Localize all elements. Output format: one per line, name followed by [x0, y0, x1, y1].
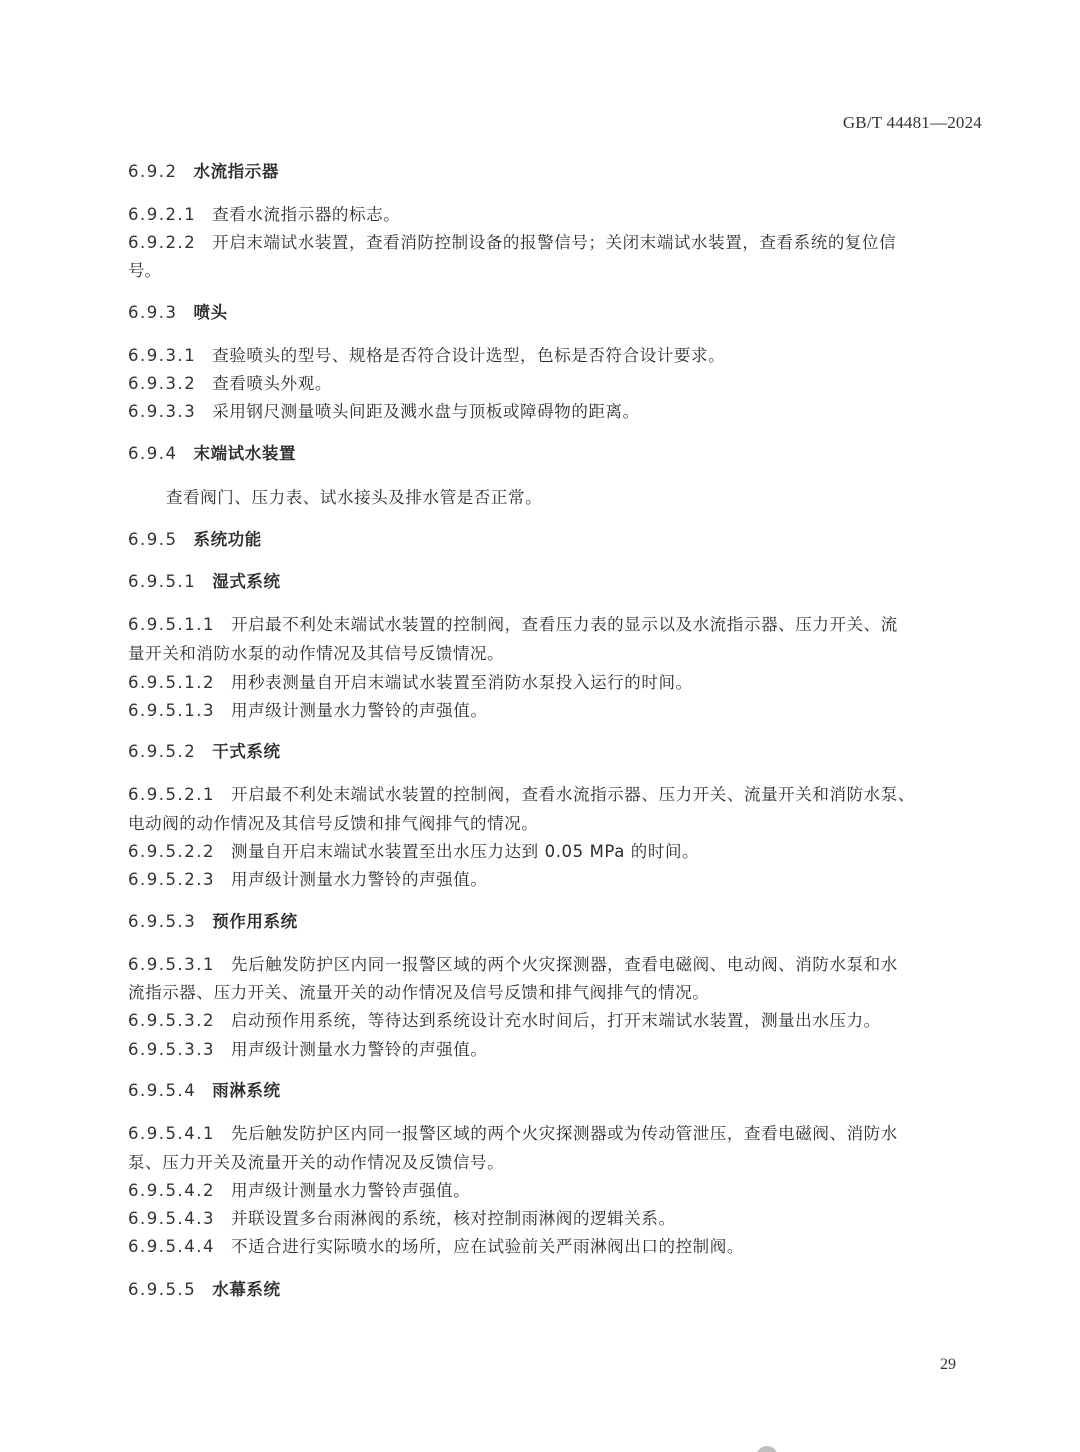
section-heading-6-9-5-5: 6.9.5.5水幕系统 [128, 1276, 281, 1304]
clause-number: 6.9.3.3 [128, 398, 196, 426]
clause-number: 6.9.5.1.3 [128, 697, 215, 725]
clause-6-9-5-3-2: 6.9.5.3.2启动预作用系统，等待达到系统设计充水时间后，打开末端试水装置，… [128, 1007, 881, 1035]
clause-6-9-3-3: 6.9.3.3采用钢尺测量喷头间距及溅水盘与顶板或障碍物的距离。 [128, 398, 640, 426]
clause-text: 不适合进行实际喷水的场所，应在试验前关严雨淋阀出口的控制阀。 [231, 1237, 744, 1256]
clause-text: 用声级计测量水力警铃的声强值。 [231, 870, 488, 889]
clause-text: 先后触发防护区内同一报警区域的两个火灾探测器，查看电磁阀、电动阀、消防水泵和水 [231, 955, 898, 974]
clause-text: 启动预作用系统，等待达到系统设计充水时间后，打开末端试水装置，测量出水压力。 [231, 1011, 881, 1030]
clause-text: 测量自开启末端试水装置至出水压力达到 0.05 MPa 的时间。 [231, 842, 699, 861]
clause-number: 6.9.5.1.1 [128, 611, 215, 639]
clause-6-9-5-3-1-continued: 流指示器、压力开关、流量开关的动作情况及信号反馈和排气阀排气的情况。 [128, 979, 709, 1007]
section-title: 湿式系统 [212, 572, 280, 591]
clause-number: 6.9.5.4.4 [128, 1233, 215, 1261]
section-number: 6.9.5.1 [128, 568, 196, 596]
clause-6-9-5-4-4: 6.9.5.4.4不适合进行实际喷水的场所，应在试验前关严雨淋阀出口的控制阀。 [128, 1233, 744, 1261]
section-title: 预作用系统 [212, 912, 298, 931]
clause-6-9-5-2-3: 6.9.5.2.3用声级计测量水力警铃的声强值。 [128, 866, 487, 894]
section-number: 6.9.4 [128, 440, 177, 468]
clause-text: 并联设置多台雨淋阀的系统，核对控制雨淋阀的逻辑关系。 [231, 1209, 676, 1228]
partial-overlay-shape [756, 1446, 778, 1452]
standard-code: GB/T 44481—2024 [843, 113, 982, 133]
clause-6-9-5-2-2: 6.9.5.2.2测量自开启末端试水装置至出水压力达到 0.05 MPa 的时间… [128, 838, 699, 866]
section-title: 末端试水装置 [193, 444, 296, 463]
section-heading-6-9-5-1: 6.9.5.1湿式系统 [128, 568, 281, 596]
section-heading-6-9-5-4: 6.9.5.4雨淋系统 [128, 1077, 281, 1105]
clause-number: 6.9.5.1.2 [128, 669, 215, 697]
clause-text: 开启末端试水装置，查看消防控制设备的报警信号；关闭末端试水装置，查看系统的复位信 [212, 233, 896, 252]
section-title: 雨淋系统 [212, 1081, 280, 1100]
section-number: 6.9.5 [128, 526, 177, 554]
clause-number: 6.9.3.2 [128, 370, 196, 398]
section-title: 系统功能 [193, 530, 261, 549]
clause-text: 开启最不利处末端试水装置的控制阀，查看压力表的显示以及水流指示器、压力开关、流 [231, 615, 898, 634]
clause-number: 6.9.5.3.2 [128, 1007, 215, 1035]
clause-number: 6.9.5.3.1 [128, 951, 215, 979]
clause-6-9-5-1-2: 6.9.5.1.2用秒表测量自开启末端试水装置至消防水泵投入运行的时间。 [128, 669, 693, 697]
clause-number: 6.9.2.2 [128, 229, 196, 257]
clause-6-9-5-1-1-continued: 量开关和消防水泵的动作情况及其信号反馈情况。 [128, 640, 504, 668]
clause-number: 6.9.3.1 [128, 342, 196, 370]
clause-text: 用声级计测量水力警铃的声强值。 [231, 701, 488, 720]
clause-number: 6.9.5.4.3 [128, 1205, 215, 1233]
clause-6-9-5-3-3: 6.9.5.3.3用声级计测量水力警铃的声强值。 [128, 1036, 487, 1064]
clause-6-9-2-2-continued: 号。 [128, 257, 161, 285]
page-number: 29 [940, 1356, 956, 1374]
clause-6-9-3-1: 6.9.3.1查验喷头的型号、规格是否符合设计选型，色标是否符合设计要求。 [128, 342, 725, 370]
section-number: 6.9.3 [128, 299, 177, 327]
clause-6-9-5-1-1: 6.9.5.1.1开启最不利处末端试水装置的控制阀，查看压力表的显示以及水流指示… [128, 611, 898, 639]
clause-number: 6.9.5.2.1 [128, 781, 215, 809]
clause-text: 开启最不利处末端试水装置的控制阀，查看水流指示器、压力开关、流量开关和消防水泵、 [231, 785, 915, 804]
clause-6-9-2-2: 6.9.2.2开启末端试水装置，查看消防控制设备的报警信号；关闭末端试水装置，查… [128, 229, 896, 257]
clause-text: 查看水流指示器的标志。 [212, 205, 400, 224]
clause-text: 用声级计测量水力警铃的声强值。 [231, 1040, 488, 1059]
section-title: 水流指示器 [193, 162, 279, 181]
clause-6-9-5-4-1-continued: 泵、压力开关及流量开关的动作情况及反馈信号。 [128, 1149, 504, 1177]
clause-6-9-5-3-1: 6.9.5.3.1先后触发防护区内同一报警区域的两个火灾探测器，查看电磁阀、电动… [128, 951, 898, 979]
clause-number: 6.9.5.3.3 [128, 1036, 215, 1064]
clause-6-9-2-1: 6.9.2.1查看水流指示器的标志。 [128, 201, 400, 229]
clause-text: 查验喷头的型号、规格是否符合设计选型，色标是否符合设计要求。 [212, 346, 725, 365]
section-heading-6-9-5-2: 6.9.5.2干式系统 [128, 738, 281, 766]
clause-6-9-5-1-3: 6.9.5.1.3用声级计测量水力警铃的声强值。 [128, 697, 487, 725]
section-heading-6-9-5-3: 6.9.5.3预作用系统 [128, 908, 298, 936]
clause-6-9-5-4-2: 6.9.5.4.2用声级计测量水力警铃声强值。 [128, 1177, 470, 1205]
clause-6-9-3-2: 6.9.3.2查看喷头外观。 [128, 370, 332, 398]
section-number: 6.9.5.5 [128, 1276, 196, 1304]
document-page: GB/T 44481—2024 6.9.2水流指示器 6.9.2.1查看水流指示… [0, 0, 1080, 1452]
clause-number: 6.9.2.1 [128, 201, 196, 229]
clause-text: 先后触发防护区内同一报警区域的两个火灾探测器或为传动管泄压，查看电磁阀、消防水 [231, 1124, 898, 1143]
section-heading-6-9-3: 6.9.3喷头 [128, 299, 228, 327]
section-number: 6.9.5.3 [128, 908, 196, 936]
section-number: 6.9.5.4 [128, 1077, 196, 1105]
section-title: 干式系统 [212, 742, 280, 761]
clause-number: 6.9.5.2.2 [128, 838, 215, 866]
section-title: 喷头 [193, 303, 227, 322]
clause-number: 6.9.5.2.3 [128, 866, 215, 894]
clause-6-9-5-2-1: 6.9.5.2.1开启最不利处末端试水装置的控制阀，查看水流指示器、压力开关、流… [128, 781, 915, 809]
section-heading-6-9-5: 6.9.5系统功能 [128, 526, 262, 554]
section-body-6-9-4: 查看阀门、压力表、试水接头及排水管是否正常。 [166, 484, 542, 512]
clause-text: 查看喷头外观。 [212, 374, 332, 393]
section-title: 水幕系统 [212, 1280, 280, 1299]
clause-6-9-5-2-1-continued: 电动阀的动作情况及其信号反馈和排气阀排气的情况。 [128, 810, 538, 838]
section-heading-6-9-2: 6.9.2水流指示器 [128, 158, 279, 186]
clause-number: 6.9.5.4.2 [128, 1177, 215, 1205]
clause-text: 用秒表测量自开启末端试水装置至消防水泵投入运行的时间。 [231, 673, 693, 692]
clause-6-9-5-4-3: 6.9.5.4.3并联设置多台雨淋阀的系统，核对控制雨淋阀的逻辑关系。 [128, 1205, 676, 1233]
section-heading-6-9-4: 6.9.4末端试水装置 [128, 440, 296, 468]
clause-text: 采用钢尺测量喷头间距及溅水盘与顶板或障碍物的距离。 [212, 402, 640, 421]
section-number: 6.9.2 [128, 158, 177, 186]
clause-number: 6.9.5.4.1 [128, 1120, 215, 1148]
clause-6-9-5-4-1: 6.9.5.4.1先后触发防护区内同一报警区域的两个火灾探测器或为传动管泄压，查… [128, 1120, 898, 1148]
section-number: 6.9.5.2 [128, 738, 196, 766]
clause-text: 用声级计测量水力警铃声强值。 [231, 1181, 470, 1200]
